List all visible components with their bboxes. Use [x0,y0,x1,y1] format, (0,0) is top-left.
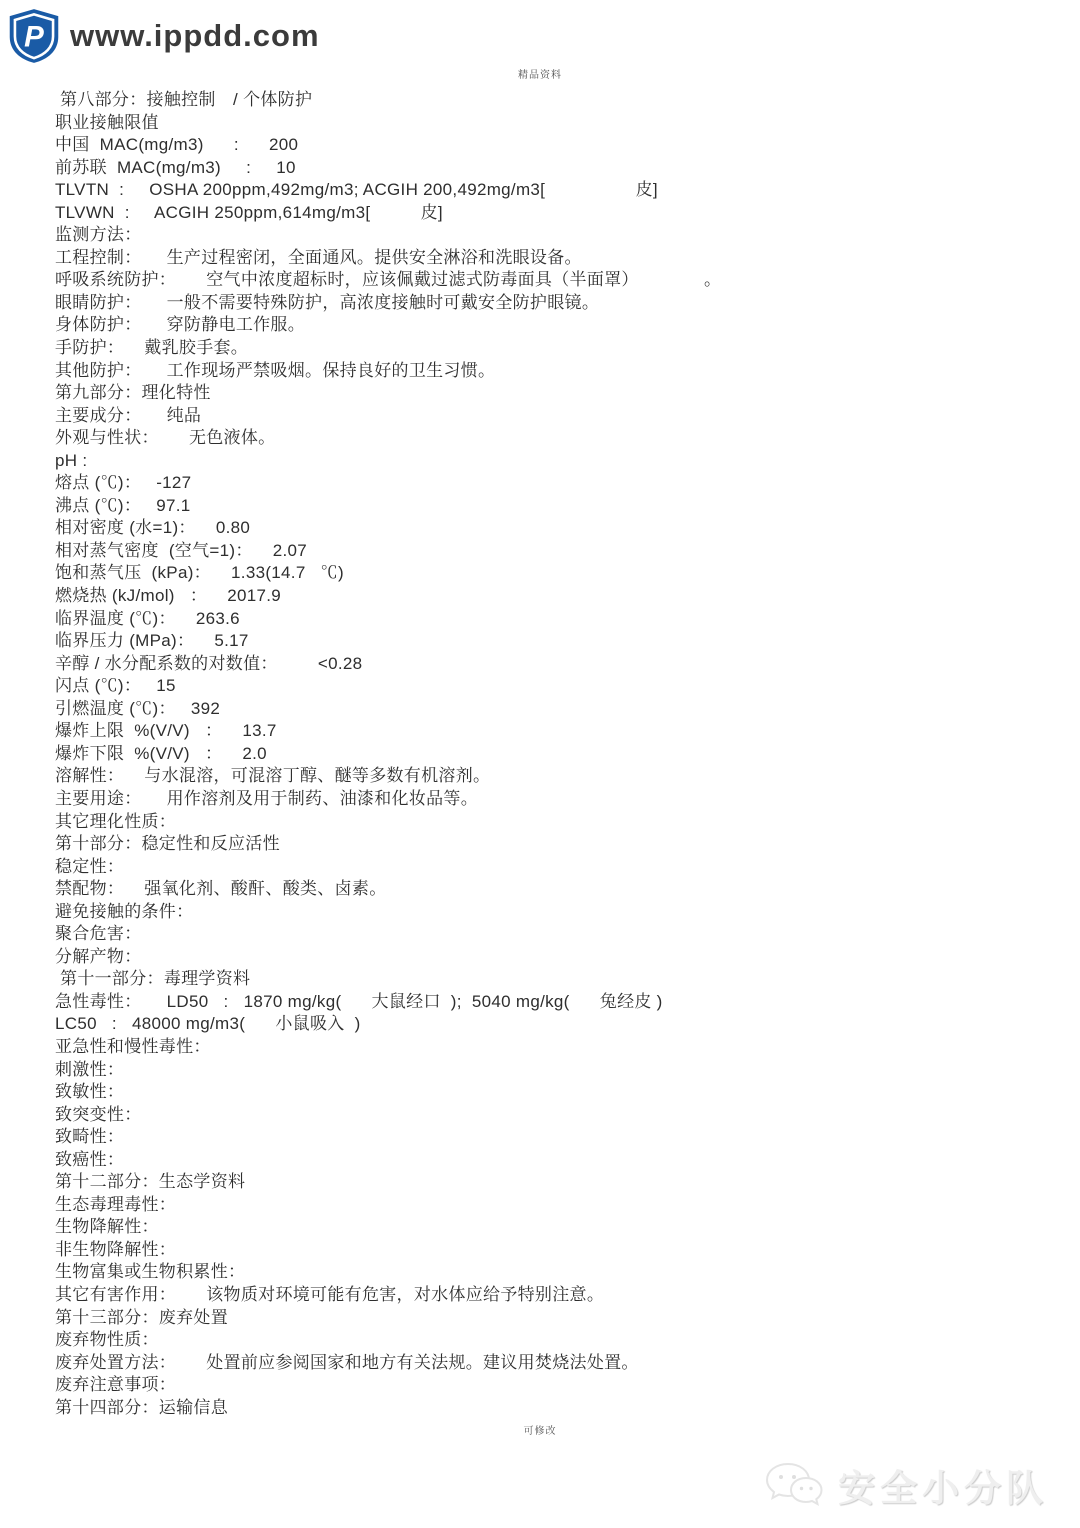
document-line: 相对蒸气密度 (空气=1)： 2.07 [55,540,1070,563]
document-line: 溶解性： 与水混溶，可混溶丁醇、醚等多数有机溶剂。 [55,765,1070,788]
document-line: 第十部分：稳定性和反应活性 [55,833,1070,856]
document-line: 生物降解性： [55,1216,1070,1239]
document-line: 临界温度 (℃)： 263.6 [55,608,1070,631]
document-line: 非生物降解性： [55,1239,1070,1262]
document-line: 身体防护： 穿防静电工作服。 [55,314,1070,337]
document-line: TLVWN : ACGIH 250ppm,614mg/m3[ 皮] [55,202,1070,225]
document-line: 刺激性： [55,1059,1070,1082]
document-line: 第十四部分：运输信息 [55,1397,1070,1420]
site-logo[interactable]: P www.ippdd.com [8,8,320,64]
document-line: 禁配物： 强氧化剂、酸酐、酸类、卤素。 [55,878,1070,901]
document-line: 饱和蒸气压 (kPa)： 1.33(14.7 ℃) [55,562,1070,585]
document-line: 第八部分：接触控制 / 个体防护 [55,89,1070,112]
document-line: 生物富集或生物积累性： [55,1261,1070,1284]
document-line: 第九部分：理化特性 [55,382,1070,405]
document-line: 其他防护： 工作现场严禁吸烟。保持良好的卫生习惯。 [55,360,1070,383]
document-line: 相对密度 (水=1)： 0.80 [55,517,1070,540]
site-url-text: www.ippdd.com [70,18,320,54]
document-line: 呼吸系统防护： 空气中浓度超标时，应该佩戴过滤式防毒面具（半面罩） 。 [55,269,1070,292]
document-body: 第八部分：接触控制 / 个体防护职业接触限值中国 MAC(mg/m3) : 20… [55,89,1070,1419]
document-line: LC50 : 48000 mg/m3( 小鼠吸入 ) [55,1013,1070,1036]
document-line: 致癌性： [55,1149,1070,1172]
document-line: 废弃注意事项： [55,1374,1070,1397]
document-line: 亚急性和慢性毒性： [55,1036,1070,1059]
document-line: 致畸性： [55,1126,1070,1149]
document-line: 致敏性： [55,1081,1070,1104]
document-line: 分解产物： [55,946,1070,969]
document-line: 其它有害作用： 该物质对环境可能有危害，对水体应给予特别注意。 [55,1284,1070,1307]
document-line: 工程控制： 生产过程密闭，全面通风。提供安全淋浴和洗眼设备。 [55,247,1070,270]
watermark-text: 安全小分队 [838,1458,1048,1512]
document-line: 沸点 (℃)： 97.1 [55,495,1070,518]
document-line: 熔点 (℃)： -127 [55,472,1070,495]
watermark: 安全小分队 [764,1458,1048,1512]
bottom-page-label: 可修改 [0,1422,1080,1437]
shield-p-icon: P [8,8,60,64]
document-line: 引燃温度 (℃)： 392 [55,698,1070,721]
document-line: 第十一部分：毒理学资料 [55,968,1070,991]
document-line: 废弃物性质： [55,1329,1070,1352]
document-line: 聚合危害： [55,923,1070,946]
document-line: pH : [55,450,1070,473]
document-line: 急性毒性： LD50 : 1870 mg/kg( 大鼠经口 ); 5040 mg… [55,991,1070,1014]
document-line: 第十二部分：生态学资料 [55,1171,1070,1194]
document-line: 眼睛防护： 一般不需要特殊防护，高浓度接触时可戴安全防护眼镜。 [55,292,1070,315]
document-line: 职业接触限值 [55,112,1070,135]
wechat-icon [764,1461,824,1509]
document-line: 致突变性： [55,1104,1070,1127]
document-line: 中国 MAC(mg/m3) : 200 [55,134,1070,157]
document-line: 主要成分： 纯品 [55,405,1070,428]
document-line: 手防护： 戴乳胶手套。 [55,337,1070,360]
document-line: 避免接触的条件： [55,901,1070,924]
document-line: 监测方法： [55,224,1070,247]
document-line: 前苏联 MAC(mg/m3) : 10 [55,157,1070,180]
top-page-label: 精品资料 [0,66,1080,81]
document-line: 生态毒理毒性： [55,1194,1070,1217]
document-line: 外观与性状： 无色液体。 [55,427,1070,450]
document-line: 第十三部分：废弃处置 [55,1307,1070,1330]
document-line: 爆炸下限 %(V/V) ： 2.0 [55,743,1070,766]
document-line: 稳定性： [55,856,1070,879]
page: { "header": { "site_url": "www.ippdd.com… [0,0,1080,1528]
document-line: 辛醇 / 水分配系数的对数值： <0.28 [55,653,1070,676]
document-line: TLVTN : OSHA 200ppm,492mg/m3; ACGIH 200,… [55,179,1070,202]
document-line: 燃烧热 (kJ/mol) ： 2017.9 [55,585,1070,608]
document-line: 主要用途： 用作溶剂及用于制药、油漆和化妆品等。 [55,788,1070,811]
document-line: 闪点 (℃)： 15 [55,675,1070,698]
document-line: 临界压力 (MPa)： 5.17 [55,630,1070,653]
document-line: 其它理化性质： [55,811,1070,834]
document-line: 爆炸上限 %(V/V) ： 13.7 [55,720,1070,743]
svg-text:P: P [24,20,44,53]
document-line: 废弃处置方法： 处置前应参阅国家和地方有关法规。建议用焚烧法处置。 [55,1352,1070,1375]
